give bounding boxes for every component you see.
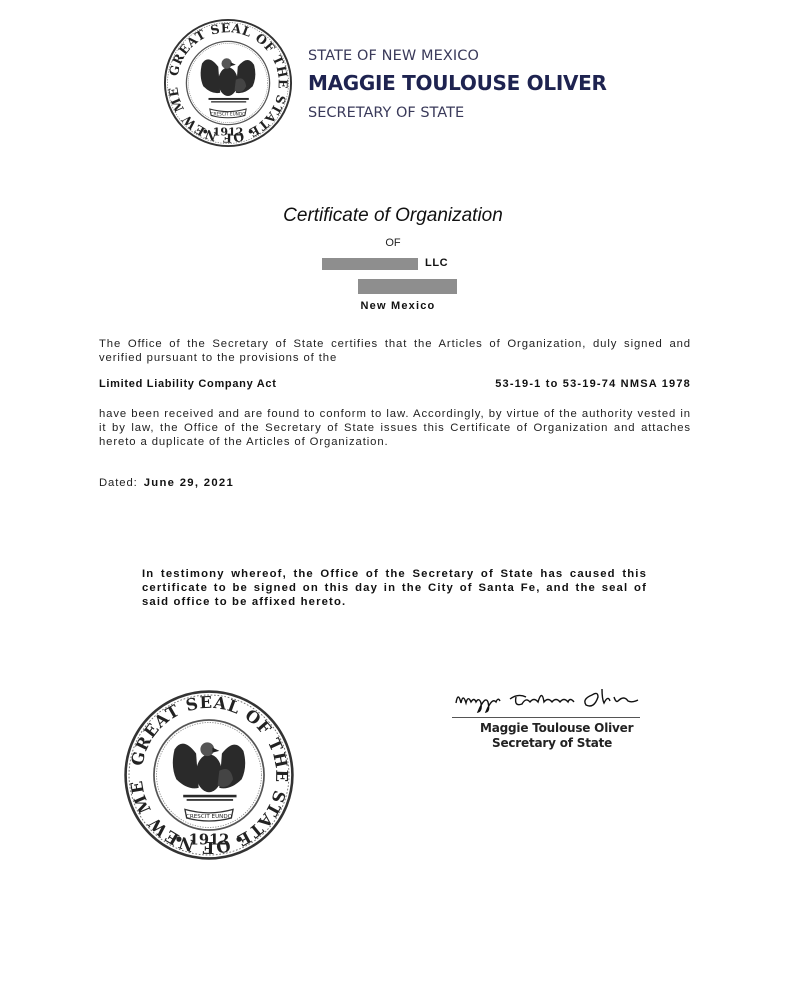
svg-text:• 1912 •: • 1912 • bbox=[174, 832, 244, 849]
great-seal-icon: GREAT SEAL OF THE STATE OF NEW MEXICO • … bbox=[123, 689, 295, 861]
conformance-paragraph: have been received and are found to conf… bbox=[99, 407, 691, 449]
signatory-name: Maggie Toulouse Oliver bbox=[480, 721, 640, 735]
dated-label: Dated: bbox=[99, 477, 138, 489]
redacted-entity-name bbox=[322, 258, 418, 270]
signatory-title: Secretary of State bbox=[492, 736, 640, 750]
great-seal-icon: GREAT SEAL OF THE STATE OF NEW MEXICO • … bbox=[163, 18, 293, 148]
header-office-title: SECRETARY OF STATE bbox=[308, 105, 464, 121]
act-name: Limited Liability Company Act bbox=[99, 378, 277, 390]
certificate-title: Certificate of Organization bbox=[0, 205, 786, 227]
entity-suffix: LLC bbox=[425, 257, 448, 269]
signature-block: Maggie Toulouse Oliver Secretary of Stat… bbox=[452, 685, 640, 750]
testimony-paragraph: In testimony whereof, the Office of the … bbox=[142, 567, 647, 609]
svg-text:• 1912 •: • 1912 • bbox=[202, 126, 255, 139]
state-seal-bottom: GREAT SEAL OF THE STATE OF NEW MEXICO • … bbox=[123, 689, 295, 861]
header-state-line: STATE OF NEW MEXICO bbox=[308, 48, 479, 64]
act-citation: 53-19-1 to 53-19-74 NMSA 1978 bbox=[495, 378, 691, 390]
svg-text:CRESCIT EUNDO: CRESCIT EUNDO bbox=[211, 112, 246, 117]
of-label: OF bbox=[0, 237, 786, 249]
certification-paragraph: The Office of the Secretary of State cer… bbox=[99, 337, 691, 365]
jurisdiction: New Mexico bbox=[0, 300, 796, 312]
dated-line: Dated:June 29, 2021 bbox=[99, 477, 234, 489]
handwritten-signature bbox=[452, 685, 640, 715]
header-official-name: MAGGIE TOULOUSE OLIVER bbox=[308, 71, 607, 95]
redacted-address bbox=[358, 279, 457, 294]
svg-text:CRESCIT EUNDO: CRESCIT EUNDO bbox=[186, 814, 233, 820]
signature-icon bbox=[452, 685, 640, 715]
signature-line bbox=[452, 717, 640, 718]
dated-value: June 29, 2021 bbox=[144, 477, 234, 489]
state-seal-top: GREAT SEAL OF THE STATE OF NEW MEXICO • … bbox=[163, 18, 293, 148]
